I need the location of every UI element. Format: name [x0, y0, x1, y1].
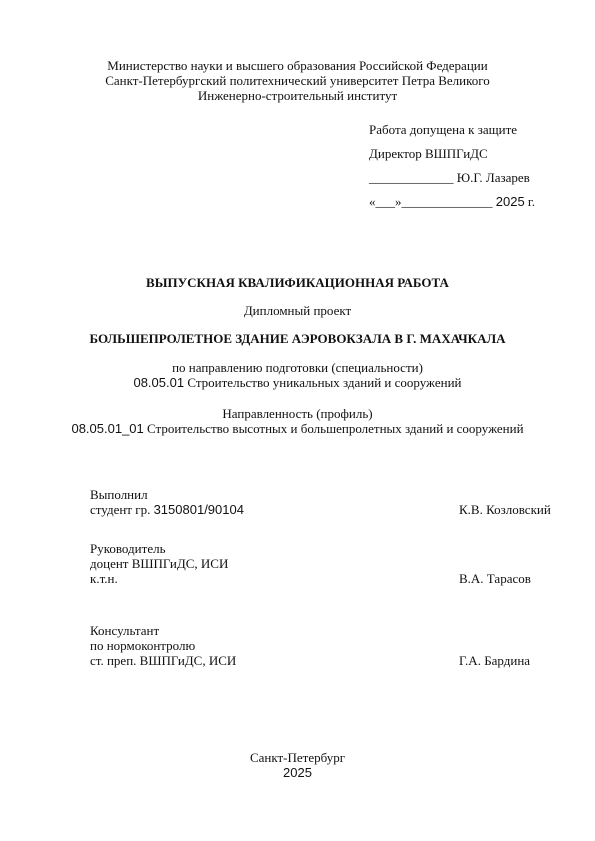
- consultant-role: Консультант: [90, 623, 159, 638]
- supervisor-name: В.А. Тарасов: [459, 571, 531, 586]
- signature-line: _____________: [369, 170, 454, 185]
- student-group: 3150801/90104: [154, 502, 244, 517]
- consultant-position: ст. преп. ВШПГиДС, ИСИ: [90, 653, 236, 668]
- director-signature: _____________ Ю.Г. Лазарев: [369, 170, 530, 186]
- director-name: Ю.Г. Лазарев: [457, 170, 530, 185]
- profile-code: 08.05.01_01: [71, 421, 143, 436]
- specialty-name: Строительство уникальных зданий и сооруж…: [184, 375, 461, 390]
- approval-date: «___»______________ 2025 г.: [369, 194, 535, 210]
- footer-city: Санкт-Петербург: [0, 750, 595, 765]
- profile-line: 08.05.01_01 Строительство высотных и бол…: [0, 421, 595, 436]
- work-title: БОЛЬШЕПРОЛЕТНОЕ ЗДАНИЕ АЭРОВОКЗАЛА В Г. …: [0, 331, 595, 347]
- supervisor-role: Руководитель: [90, 541, 166, 556]
- profile-name: Строительство высотных и большепролетных…: [144, 421, 524, 436]
- specialty-label: по направлению подготовки (специальности…: [0, 360, 595, 375]
- student-name: К.В. Козловский: [459, 502, 551, 517]
- institute-line: Инженерно-строительный институт: [0, 88, 595, 103]
- date-suffix: г.: [525, 194, 535, 209]
- consultant-area: по нормоконтролю: [90, 638, 195, 653]
- date-year: 2025: [496, 194, 525, 209]
- work-type: ВЫПУСКНАЯ КВАЛИФИКАЦИОННАЯ РАБОТА: [0, 275, 595, 291]
- supervisor-position: доцент ВШПГиДС, ИСИ: [90, 556, 228, 571]
- work-subtype: Дипломный проект: [0, 303, 595, 319]
- date-blank: «___»______________: [369, 194, 493, 209]
- specialty-line: 08.05.01 Строительство уникальных зданий…: [0, 375, 595, 390]
- admitted-to-defense: Работа допущена к защите: [369, 122, 517, 138]
- director-position: Директор ВШПГиДС: [369, 146, 488, 162]
- profile-label: Направленность (профиль): [0, 406, 595, 421]
- specialty-code: 08.05.01: [133, 375, 184, 390]
- supervisor-degree: к.т.н.: [90, 571, 118, 586]
- student-role: Выполнил: [90, 487, 148, 502]
- university-line: Санкт-Петербургский политехнический унив…: [0, 73, 595, 88]
- consultant-name: Г.А. Бардина: [459, 653, 530, 668]
- student-details: студент гр. 3150801/90104: [90, 502, 244, 517]
- footer-year: 2025: [0, 765, 595, 780]
- student-group-label: студент гр.: [90, 502, 154, 517]
- ministry-line: Министерство науки и высшего образования…: [0, 58, 595, 73]
